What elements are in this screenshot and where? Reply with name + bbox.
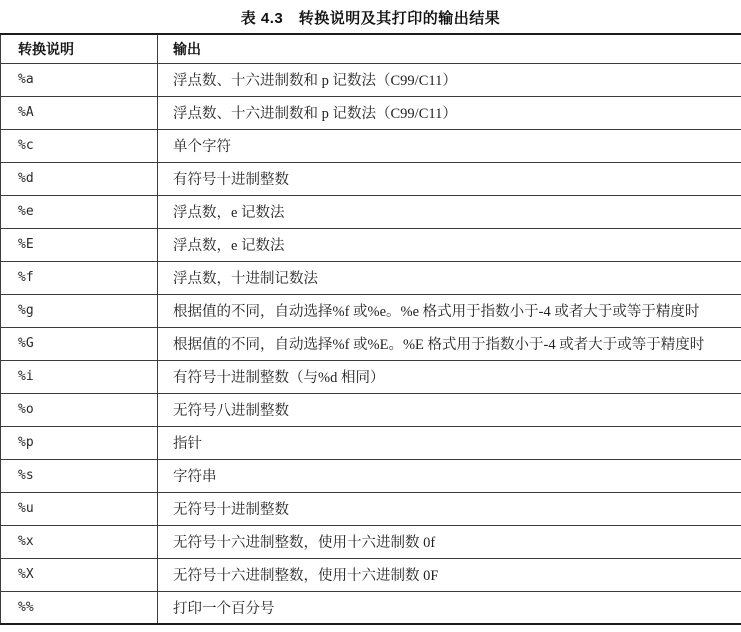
output-cell: 根据值的不同，自动选择%f 或%E。%E 格式用于指数小于-4 或者大于或等于精…: [158, 327, 741, 360]
table-row: %c 单个字符: [1, 129, 741, 162]
column-header-conversion-spec: 转换说明: [1, 34, 158, 63]
table-title: 表 4.3 转换说明及其打印的输出结果: [0, 0, 741, 33]
table-row: %g 根据值的不同，自动选择%f 或%e。%e 格式用于指数小于-4 或者大于或…: [1, 294, 741, 327]
table-row: %% 打印一个百分号: [1, 591, 741, 624]
output-cell: 根据值的不同，自动选择%f 或%e。%e 格式用于指数小于-4 或者大于或等于精…: [158, 294, 741, 327]
output-cell: 浮点数、十六进制数和 p 记数法（C99/C11）: [158, 63, 741, 96]
output-cell: 浮点数，十进制记数法: [158, 261, 741, 294]
conversion-spec-cell: %E: [1, 228, 158, 261]
table-row: %f 浮点数，十进制记数法: [1, 261, 741, 294]
table-row: %u 无符号十进制整数: [1, 492, 741, 525]
conversion-spec-cell: %A: [1, 96, 158, 129]
output-cell: 有符号十进制整数（与%d 相同）: [158, 360, 741, 393]
output-cell: 无符号十六进制整数，使用十六进制数 0f: [158, 525, 741, 558]
table-row: %i 有符号十进制整数（与%d 相同）: [1, 360, 741, 393]
conversion-spec-cell: %o: [1, 393, 158, 426]
conversion-spec-cell: %s: [1, 459, 158, 492]
conversion-spec-cell: %f: [1, 261, 158, 294]
conversion-spec-cell: %a: [1, 63, 158, 96]
conversion-spec-cell: %x: [1, 525, 158, 558]
output-cell: 浮点数，e 记数法: [158, 195, 741, 228]
table-row: %p 指针: [1, 426, 741, 459]
conversion-spec-cell: %p: [1, 426, 158, 459]
conversion-spec-cell: %G: [1, 327, 158, 360]
output-cell: 打印一个百分号: [158, 591, 741, 624]
output-cell: 指针: [158, 426, 741, 459]
output-cell: 浮点数，e 记数法: [158, 228, 741, 261]
table-row: %X 无符号十六进制整数，使用十六进制数 0F: [1, 558, 741, 591]
conversion-spec-cell: %e: [1, 195, 158, 228]
conversion-spec-cell: %i: [1, 360, 158, 393]
conversion-table: 转换说明 输出 %a 浮点数、十六进制数和 p 记数法（C99/C11） %A …: [0, 33, 741, 625]
output-cell: 无符号八进制整数: [158, 393, 741, 426]
output-cell: 无符号十进制整数: [158, 492, 741, 525]
table-row: %a 浮点数、十六进制数和 p 记数法（C99/C11）: [1, 63, 741, 96]
conversion-spec-cell: %c: [1, 129, 158, 162]
book-page: 表 4.3 转换说明及其打印的输出结果 转换说明 输出 %a 浮点数、十六进制数…: [0, 0, 741, 632]
table-body: %a 浮点数、十六进制数和 p 记数法（C99/C11） %A 浮点数、十六进制…: [1, 63, 741, 624]
table-row: %d 有符号十进制整数: [1, 162, 741, 195]
output-cell: 有符号十进制整数: [158, 162, 741, 195]
table-row: %e 浮点数，e 记数法: [1, 195, 741, 228]
header-row: 转换说明 输出: [1, 34, 741, 63]
output-cell: 字符串: [158, 459, 741, 492]
table-row: %x 无符号十六进制整数，使用十六进制数 0f: [1, 525, 741, 558]
table-row: %A 浮点数、十六进制数和 p 记数法（C99/C11）: [1, 96, 741, 129]
output-cell: 单个字符: [158, 129, 741, 162]
conversion-spec-cell: %X: [1, 558, 158, 591]
output-cell: 浮点数、十六进制数和 p 记数法（C99/C11）: [158, 96, 741, 129]
table-row: %o 无符号八进制整数: [1, 393, 741, 426]
table-row: %s 字符串: [1, 459, 741, 492]
column-header-output: 输出: [158, 34, 741, 63]
conversion-spec-cell: %g: [1, 294, 158, 327]
table-header: 转换说明 输出: [1, 34, 741, 63]
table-row: %E 浮点数，e 记数法: [1, 228, 741, 261]
conversion-spec-cell: %d: [1, 162, 158, 195]
conversion-spec-cell: %%: [1, 591, 158, 624]
output-cell: 无符号十六进制整数，使用十六进制数 0F: [158, 558, 741, 591]
conversion-spec-cell: %u: [1, 492, 158, 525]
table-row: %G 根据值的不同，自动选择%f 或%E。%E 格式用于指数小于-4 或者大于或…: [1, 327, 741, 360]
